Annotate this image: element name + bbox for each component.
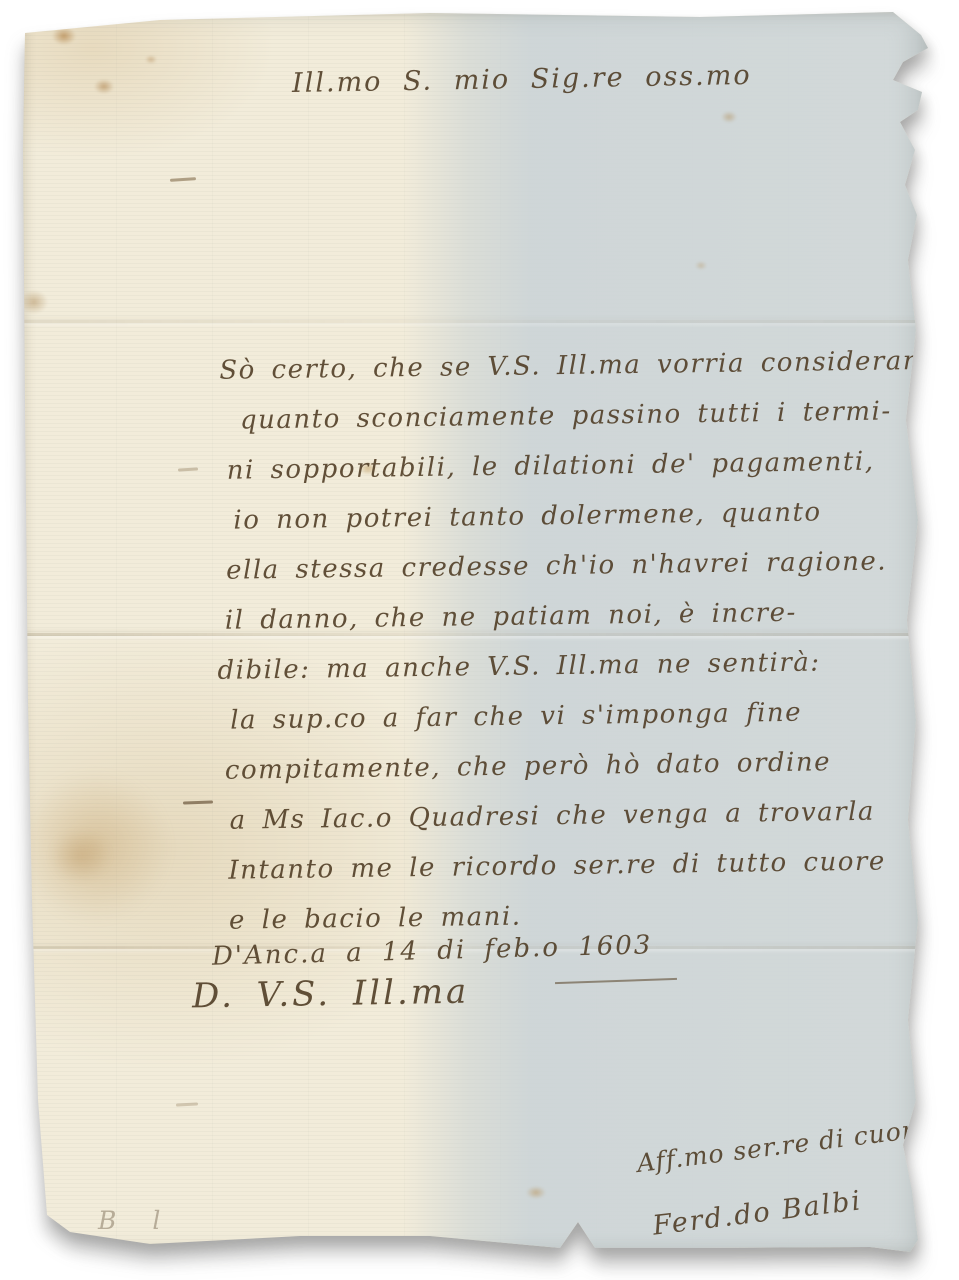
date-underline bbox=[555, 978, 677, 984]
stain bbox=[145, 55, 157, 64]
margin-dash-mark bbox=[176, 1102, 198, 1106]
paper-shadow-wrap: Ill.mo S. mio Sig.re oss.mo Sò certo, ch… bbox=[0, 0, 959, 1280]
signature-line-2: Ferd.do Balbi bbox=[651, 1185, 864, 1241]
stain bbox=[526, 1186, 546, 1199]
partial-bottom-text: B l bbox=[98, 1206, 174, 1235]
stain bbox=[52, 27, 76, 45]
margin-dash-mark bbox=[183, 800, 213, 804]
body-line: dibile: ma anche V.S. Ill.ma ne sentirà: bbox=[217, 636, 921, 696]
stain bbox=[50, 830, 110, 882]
body-line: ella stessa credesse ch'io n'havrei ragi… bbox=[226, 536, 920, 596]
stain bbox=[20, 290, 48, 314]
stain bbox=[94, 79, 114, 94]
closing-line: D. V.S. Ill.ma bbox=[192, 972, 470, 1017]
margin-dash-mark bbox=[170, 177, 196, 182]
fold-crease bbox=[20, 320, 932, 323]
letter-paper: Ill.mo S. mio Sig.re oss.mo Sò certo, ch… bbox=[20, 10, 932, 1260]
letter-body: Sò certo, che se V.S. Ill.ma vorria cons… bbox=[205, 336, 925, 946]
signature-line-1: Aff.mo ser.re di cuor bbox=[635, 1115, 916, 1178]
photo-background: Ill.mo S. mio Sig.re oss.mo Sò certo, ch… bbox=[0, 0, 959, 1280]
stain bbox=[695, 261, 707, 270]
stain bbox=[721, 111, 737, 123]
body-line: Intanto me le ricordo ser.re di tutto cu… bbox=[228, 836, 924, 896]
margin-dash-mark bbox=[178, 467, 198, 471]
salutation-line: Ill.mo S. mio Sig.re oss.mo bbox=[292, 60, 752, 99]
